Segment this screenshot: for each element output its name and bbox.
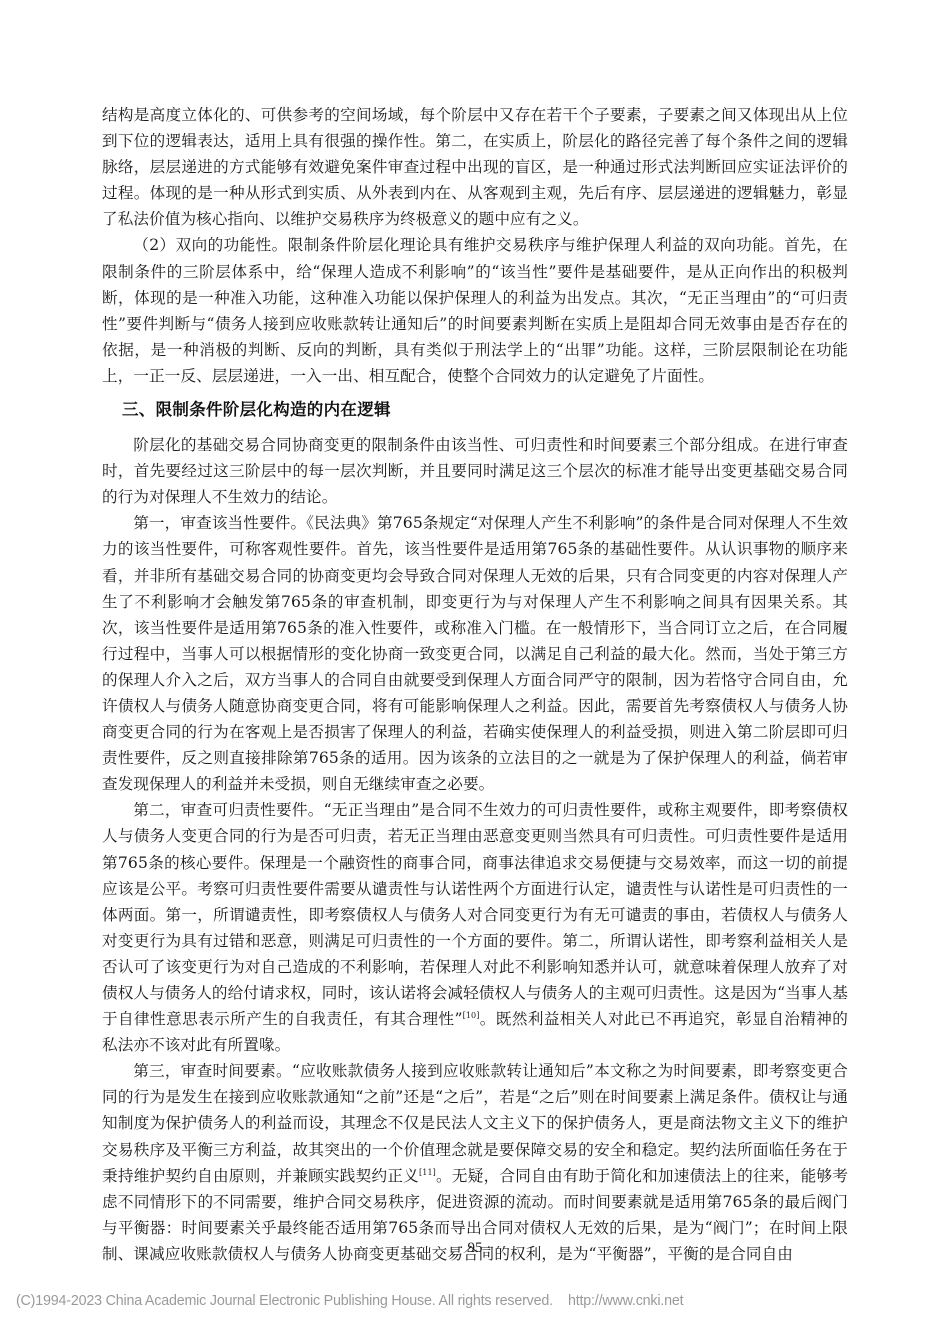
paragraph-first-review-conformity: 第一，审查该当性要件。《民法典》第765条规定“对保理人产生不利影响”的条件是合… — [102, 510, 848, 797]
paragraph-continued-structure: 结构是高度立体化的、可供参考的空间场域，每个阶层中又存在若干个子要素，子要素之间… — [102, 102, 848, 232]
copyright-footer: (C)1994-2023 China Academic Journal Elec… — [16, 1293, 683, 1309]
section-heading: 三、限制条件阶层化构造的内在逻辑 — [102, 397, 848, 423]
paragraph-intro-three-layers: 阶层化的基础交易合同协商变更的限制条件由该当性、可归责性和时间要素三个部分组成。… — [102, 432, 848, 510]
paragraph-second-review-imputability: 第二，审查可归责性要件。“无正当理由”是合同不生效力的可归责性要件，或称主观要件… — [102, 797, 848, 1058]
paragraph-third-review-time-element: 第三，审查时间要素。“应收账款债务人接到应收账款转让通知后”本文称之为时间要素，… — [102, 1058, 848, 1267]
paragraph-bidirectional-function: （2）双向的功能性。限制条件阶层化理论具有维护交易秩序与维护保理人利益的双向功能… — [102, 232, 848, 389]
citation-ref-11[interactable]: [11] — [419, 1167, 436, 1176]
article-body: 结构是高度立体化的、可供参考的空间场域，每个阶层中又存在若干个子要素，子要素之间… — [102, 102, 848, 1267]
page-number: · 95 · — [0, 1240, 950, 1257]
citation-ref-10[interactable]: [10] — [463, 1011, 480, 1020]
paragraph-text: 第二，审查可归责性要件。“无正当理由”是合同不生效力的可归责性要件，或称主观要件… — [102, 801, 848, 1028]
